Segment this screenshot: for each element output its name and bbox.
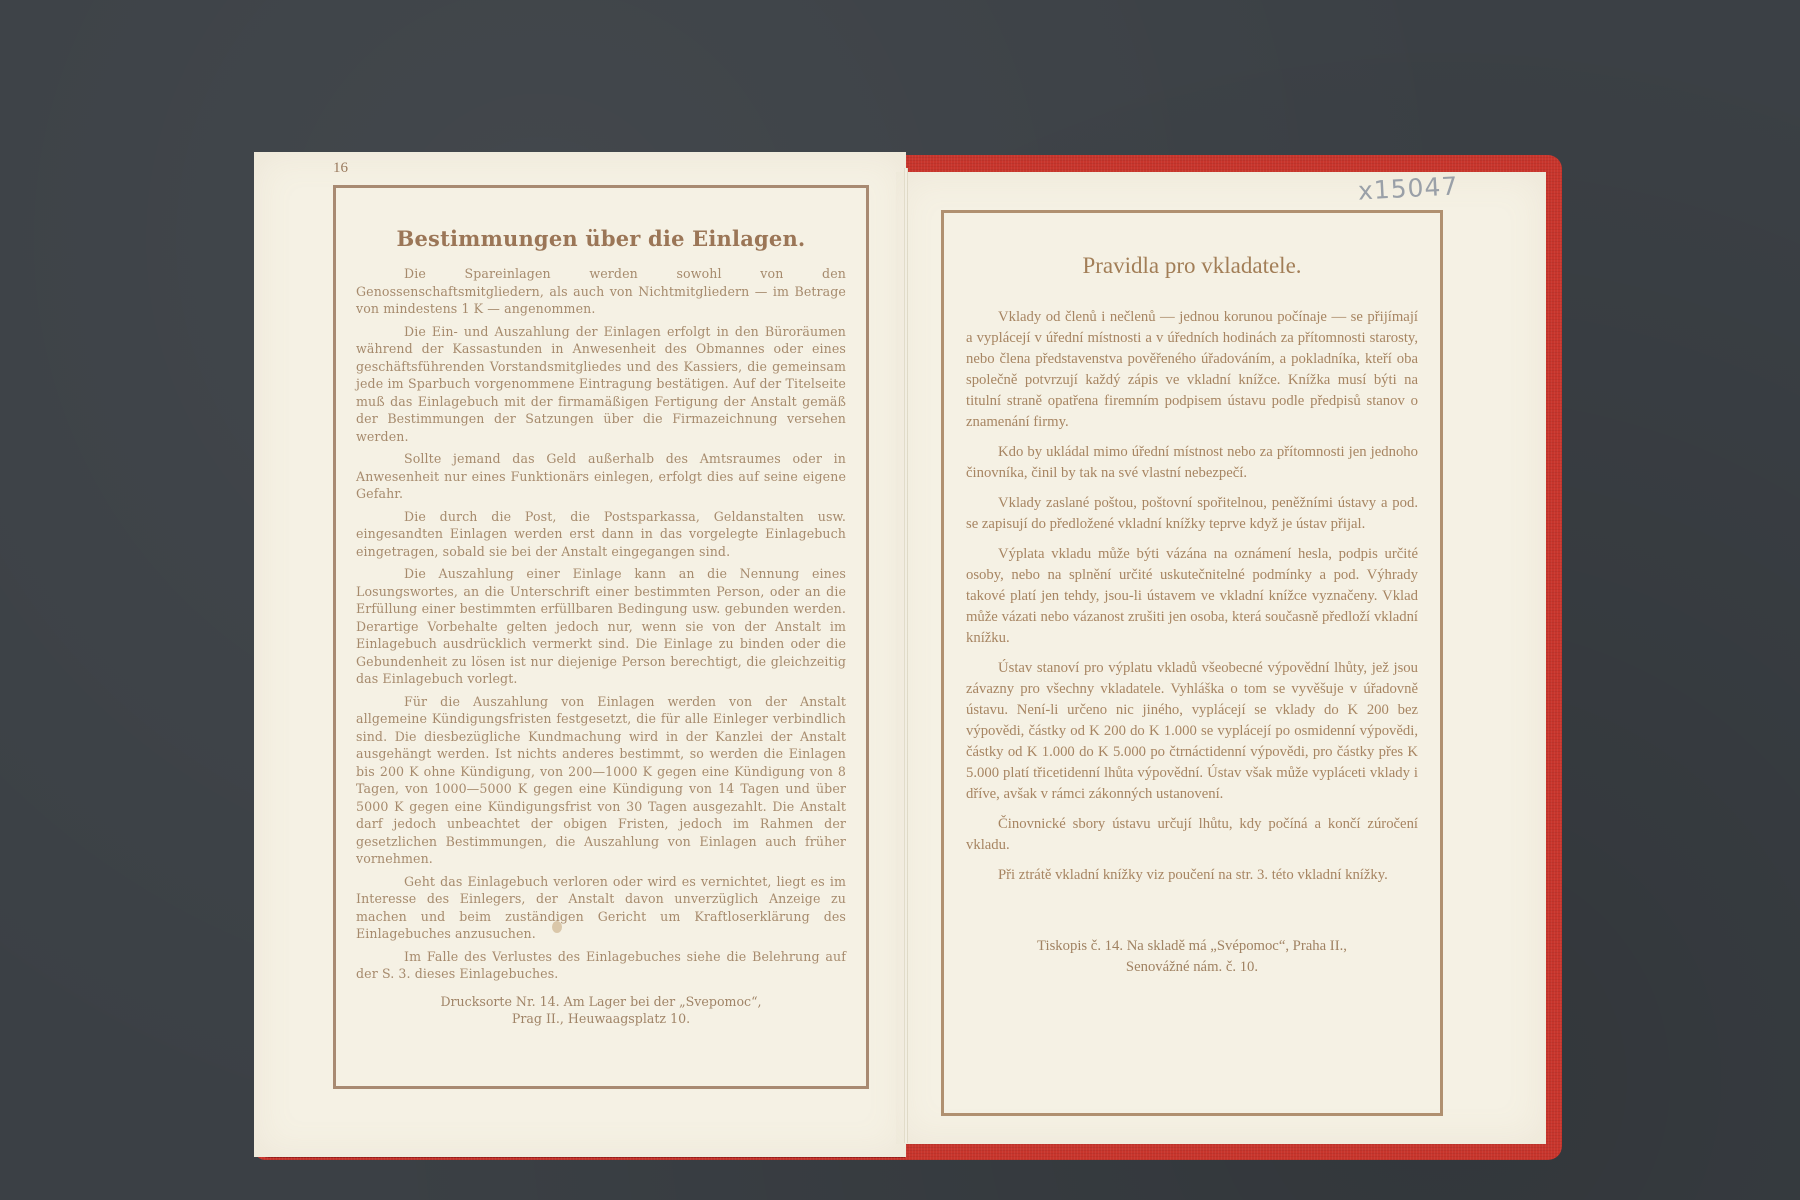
imprint-line: Prag II., Heuwaagsplatz 10.: [356, 1010, 846, 1028]
book-gutter: [904, 168, 908, 1143]
paragraph: Výplata vkladu může býti vázána na oznám…: [966, 544, 1418, 649]
paragraph: Sollte jemand das Geld außerhalb des Amt…: [356, 450, 846, 503]
paragraph: Im Falle des Verlustes des Einlagebuches…: [356, 948, 846, 983]
paragraph: Vklady zaslané poštou, poštovní spořitel…: [966, 493, 1418, 535]
left-page-frame: Bestimmungen über die Einlagen. Die Spar…: [333, 185, 869, 1089]
paragraph: Die Ein- und Auszahlung der Einlagen erf…: [356, 323, 846, 446]
paragraph: Ústav stanoví pro výplatu vkladů všeobec…: [966, 658, 1418, 805]
right-page-frame: Pravidla pro vkladatele. Vklady od členů…: [941, 210, 1443, 1116]
paragraph: Für die Auszahlung von Einlagen werden v…: [356, 693, 846, 868]
paper-stain: [552, 921, 562, 933]
paragraph: Činovnické sbory ústavu určují lhůtu, kd…: [966, 814, 1418, 856]
left-page-title: Bestimmungen über die Einlagen.: [356, 226, 846, 251]
page-number: 16: [333, 160, 348, 177]
paragraph: Geht das Einlagebuch verloren oder wird …: [356, 873, 846, 943]
right-page-title: Pravidla pro vkladatele.: [966, 253, 1418, 279]
paragraph: Die Auszahlung einer Einlage kann an die…: [356, 565, 846, 688]
imprint-line: Drucksorte Nr. 14. Am Lager bei der „Sve…: [356, 993, 846, 1011]
paragraph: Kdo by ukládal mimo úřední místnost nebo…: [966, 442, 1418, 484]
right-page-body: Vklady od členů i nečlenů — jednou korun…: [966, 307, 1418, 886]
paragraph: Vklady od členů i nečlenů — jednou korun…: [966, 307, 1418, 433]
right-page-imprint: Tiskopis č. 14. Na skladě má „Svépomoc“,…: [966, 936, 1418, 978]
imprint-line: Senovážné nám. č. 10.: [966, 957, 1418, 978]
imprint-line: Tiskopis č. 14. Na skladě má „Svépomoc“,…: [966, 936, 1418, 957]
paragraph: Při ztrátě vkladní knížky viz poučení na…: [966, 865, 1418, 886]
left-page-body: Die Spareinlagen werden sowohl von den G…: [356, 265, 846, 983]
catalog-mark: x15047: [1357, 171, 1459, 205]
paragraph: Die durch die Post, die Postsparkassa, G…: [356, 508, 846, 561]
left-page-imprint: Drucksorte Nr. 14. Am Lager bei der „Sve…: [356, 993, 846, 1028]
paragraph: Die Spareinlagen werden sowohl von den G…: [356, 265, 846, 318]
